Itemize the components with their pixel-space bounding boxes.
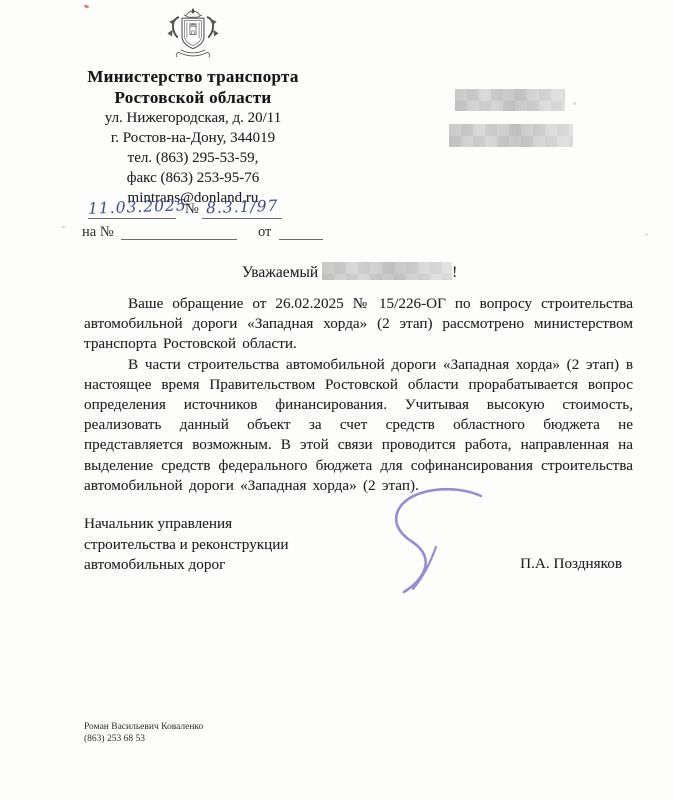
scan-artifact bbox=[645, 233, 648, 236]
reference-block: 11.03.2025 № 8.3.1/97 на № от bbox=[82, 198, 332, 242]
ministry-name-line2: Ростовской области bbox=[58, 87, 328, 108]
reply-to-label: на № bbox=[82, 224, 114, 241]
rostov-region-coat-of-arms-icon bbox=[162, 6, 224, 62]
greeting-line: Уважаемый ! bbox=[242, 262, 457, 282]
executor-block: Роман Васильевич Коваленко (863) 253 68 … bbox=[84, 721, 203, 745]
phone-line: тел. (863) 295-53-59, bbox=[58, 148, 328, 168]
redacted-recipient-line1 bbox=[455, 89, 565, 111]
handwritten-date: 11.03.2025 bbox=[88, 196, 187, 217]
executor-name: Роман Васильевич Коваленко bbox=[84, 721, 203, 733]
incoming-reference-row: на № от bbox=[82, 222, 332, 242]
redacted-recipient-name bbox=[322, 262, 452, 280]
letterhead: Министерство транспорта Ростовской облас… bbox=[58, 6, 328, 208]
executor-phone: (863) 253 68 53 bbox=[84, 733, 203, 745]
handwritten-number: 8.3.1/97 bbox=[206, 197, 279, 218]
body-paragraph-1: Ваше обращение от 26.02.2025 № 15/226-ОГ… bbox=[84, 294, 633, 355]
signer-position: Начальник управления строительства и рек… bbox=[84, 514, 289, 576]
outgoing-number-field: 8.3.1/97 bbox=[202, 198, 282, 219]
signer-name: П.А. Поздняков bbox=[520, 555, 622, 573]
salutation: Уважаемый bbox=[242, 264, 318, 281]
signer-position-line3: автомобильных дорог bbox=[84, 555, 289, 576]
reply-from-date-blank bbox=[279, 222, 323, 240]
outgoing-date-field: 11.03.2025 bbox=[88, 198, 176, 219]
address-city: г. Ростов-на-Дону, 344019 bbox=[58, 128, 328, 148]
scanned-letter-page: Министерство транспорта Ростовской облас… bbox=[0, 0, 674, 800]
scan-artifact bbox=[573, 102, 576, 105]
outgoing-reference-row: 11.03.2025 № 8.3.1/97 bbox=[82, 198, 332, 220]
signer-position-line2: строительства и реконструкции bbox=[84, 535, 289, 556]
scan-artifact bbox=[62, 226, 65, 228]
signer-position-line1: Начальник управления bbox=[84, 514, 289, 535]
handwritten-signature bbox=[383, 484, 493, 596]
address-street: ул. Нижегородская, д. 20/11 bbox=[58, 108, 328, 128]
greeting-exclamation: ! bbox=[452, 264, 457, 281]
ministry-name-line1: Министерство транспорта bbox=[58, 66, 328, 87]
reply-from-label: от bbox=[258, 224, 271, 241]
redacted-recipient-line2 bbox=[449, 124, 573, 147]
letter-body: Ваше обращение от 26.02.2025 № 15/226-ОГ… bbox=[84, 294, 633, 496]
body-paragraph-2: В части строительства автомобильной доро… bbox=[84, 355, 633, 496]
number-sign: № bbox=[185, 201, 199, 218]
fax-line: факс (863) 253-95-76 bbox=[58, 168, 328, 188]
reply-to-number-blank bbox=[121, 222, 237, 240]
